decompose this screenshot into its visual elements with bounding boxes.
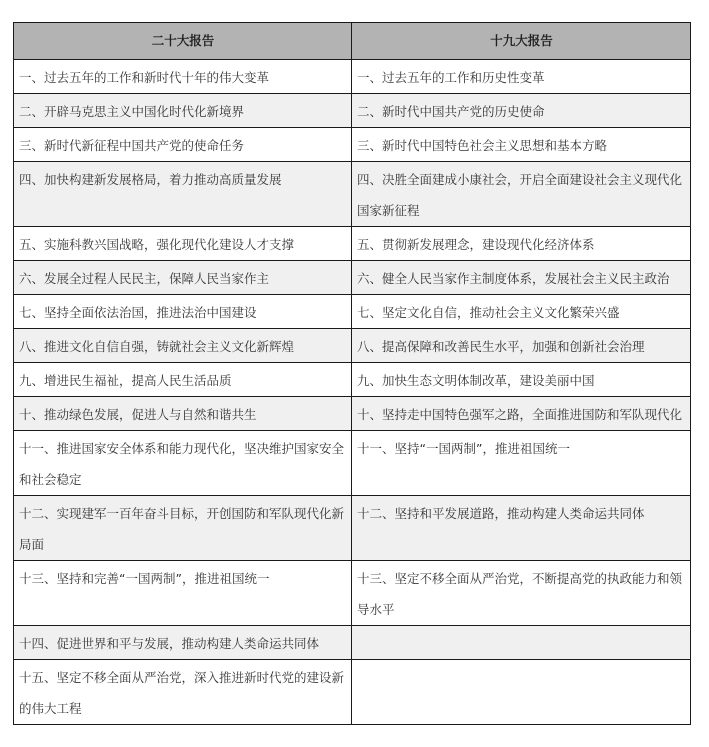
cell-19th: 九、加快生态文明体制改革，建设美丽中国 bbox=[352, 363, 691, 397]
table-row: 十四、促进世界和平与发展，推动构建人类命运共同体 bbox=[14, 626, 691, 660]
cell-19th: 十、坚持走中国特色强军之路，全面推进国防和军队现代化 bbox=[352, 397, 691, 431]
table-row: 十、推动绿色发展，促进人与自然和谐共生 十、坚持走中国特色强军之路，全面推进国防… bbox=[14, 397, 691, 431]
cell-20th: 十一、推进国家安全体系和能力现代化，坚决维护国家安全和社会稳定 bbox=[14, 431, 352, 496]
cell-19th-empty bbox=[352, 626, 691, 660]
cell-20th: 十二、实现建军一百年奋斗目标，开创国防和军队现代化新局面 bbox=[14, 496, 352, 561]
table-row: 八、推进文化自信自强，铸就社会主义文化新辉煌 八、提高保障和改善民生水平，加强和… bbox=[14, 329, 691, 363]
cell-20th: 十四、促进世界和平与发展，推动构建人类命运共同体 bbox=[14, 626, 352, 660]
table-row: 十五、坚定不移全面从严治党，深入推进新时代党的建设新的伟大工程 bbox=[14, 660, 691, 725]
cell-19th: 三、新时代中国特色社会主义思想和基本方略 bbox=[352, 128, 691, 162]
cell-19th: 八、提高保障和改善民生水平，加强和创新社会治理 bbox=[352, 329, 691, 363]
cell-20th: 十、推动绿色发展，促进人与自然和谐共生 bbox=[14, 397, 352, 431]
cell-20th: 八、推进文化自信自强，铸就社会主义文化新辉煌 bbox=[14, 329, 352, 363]
cell-20th: 三、新时代新征程中国共产党的使命任务 bbox=[14, 128, 352, 162]
cell-20th: 十五、坚定不移全面从严治党，深入推进新时代党的建设新的伟大工程 bbox=[14, 660, 352, 725]
table-row: 一、过去五年的工作和新时代十年的伟大变革 一、过去五年的工作和历史性变革 bbox=[14, 60, 691, 94]
cell-19th: 十二、坚持和平发展道路，推动构建人类命运共同体 bbox=[352, 496, 691, 561]
cell-19th: 一、过去五年的工作和历史性变革 bbox=[352, 60, 691, 94]
cell-20th: 五、实施科教兴国战略，强化现代化建设人才支撑 bbox=[14, 227, 352, 261]
cell-19th: 四、决胜全面建成小康社会，开启全面建设社会主义现代化国家新征程 bbox=[352, 162, 691, 227]
cell-20th: 九、增进民生福祉，提高人民生活品质 bbox=[14, 363, 352, 397]
table-row: 五、实施科教兴国战略，强化现代化建设人才支撑 五、贯彻新发展理念，建设现代化经济… bbox=[14, 227, 691, 261]
column-header-20th-report: 二十大报告 bbox=[14, 23, 352, 60]
table-row: 十二、实现建军一百年奋斗目标，开创国防和军队现代化新局面 十二、坚持和平发展道路… bbox=[14, 496, 691, 561]
cell-19th: 十一、坚持“一国两制”，推进祖国统一 bbox=[352, 431, 691, 496]
table-row: 七、坚持全面依法治国，推进法治中国建设 七、坚定文化自信，推动社会主义文化繁荣兴… bbox=[14, 295, 691, 329]
cell-20th: 十三、坚持和完善“一国两制”，推进祖国统一 bbox=[14, 561, 352, 626]
table-row: 二、开辟马克思主义中国化时代化新境界 二、新时代中国共产党的历史使命 bbox=[14, 94, 691, 128]
table-row: 九、增进民生福祉，提高人民生活品质 九、加快生态文明体制改革，建设美丽中国 bbox=[14, 363, 691, 397]
cell-19th: 二、新时代中国共产党的历史使命 bbox=[352, 94, 691, 128]
cell-20th: 二、开辟马克思主义中国化时代化新境界 bbox=[14, 94, 352, 128]
cell-19th: 十三、坚定不移全面从严治党，不断提高党的执政能力和领导水平 bbox=[352, 561, 691, 626]
cell-19th: 五、贯彻新发展理念，建设现代化经济体系 bbox=[352, 227, 691, 261]
table-row: 四、加快构建新发展格局，着力推动高质量发展 四、决胜全面建成小康社会，开启全面建… bbox=[14, 162, 691, 227]
cell-19th: 七、坚定文化自信，推动社会主义文化繁荣兴盛 bbox=[352, 295, 691, 329]
cell-20th: 六、发展全过程人民民主，保障人民当家作主 bbox=[14, 261, 352, 295]
table-row: 三、新时代新征程中国共产党的使命任务 三、新时代中国特色社会主义思想和基本方略 bbox=[14, 128, 691, 162]
table-row: 十三、坚持和完善“一国两制”，推进祖国统一 十三、坚定不移全面从严治党，不断提高… bbox=[14, 561, 691, 626]
table-header-row: 二十大报告 十九大报告 bbox=[14, 23, 691, 60]
table-row: 十一、推进国家安全体系和能力现代化，坚决维护国家安全和社会稳定 十一、坚持“一国… bbox=[14, 431, 691, 496]
cell-20th: 七、坚持全面依法治国，推进法治中国建设 bbox=[14, 295, 352, 329]
cell-19th: 六、健全人民当家作主制度体系，发展社会主义民主政治 bbox=[352, 261, 691, 295]
column-header-19th-report: 十九大报告 bbox=[352, 23, 691, 60]
report-comparison-table: 二十大报告 十九大报告 一、过去五年的工作和新时代十年的伟大变革 一、过去五年的… bbox=[13, 22, 691, 725]
cell-20th: 一、过去五年的工作和新时代十年的伟大变革 bbox=[14, 60, 352, 94]
cell-19th-empty bbox=[352, 660, 691, 725]
cell-20th: 四、加快构建新发展格局，着力推动高质量发展 bbox=[14, 162, 352, 227]
table-row: 六、发展全过程人民民主，保障人民当家作主 六、健全人民当家作主制度体系，发展社会… bbox=[14, 261, 691, 295]
